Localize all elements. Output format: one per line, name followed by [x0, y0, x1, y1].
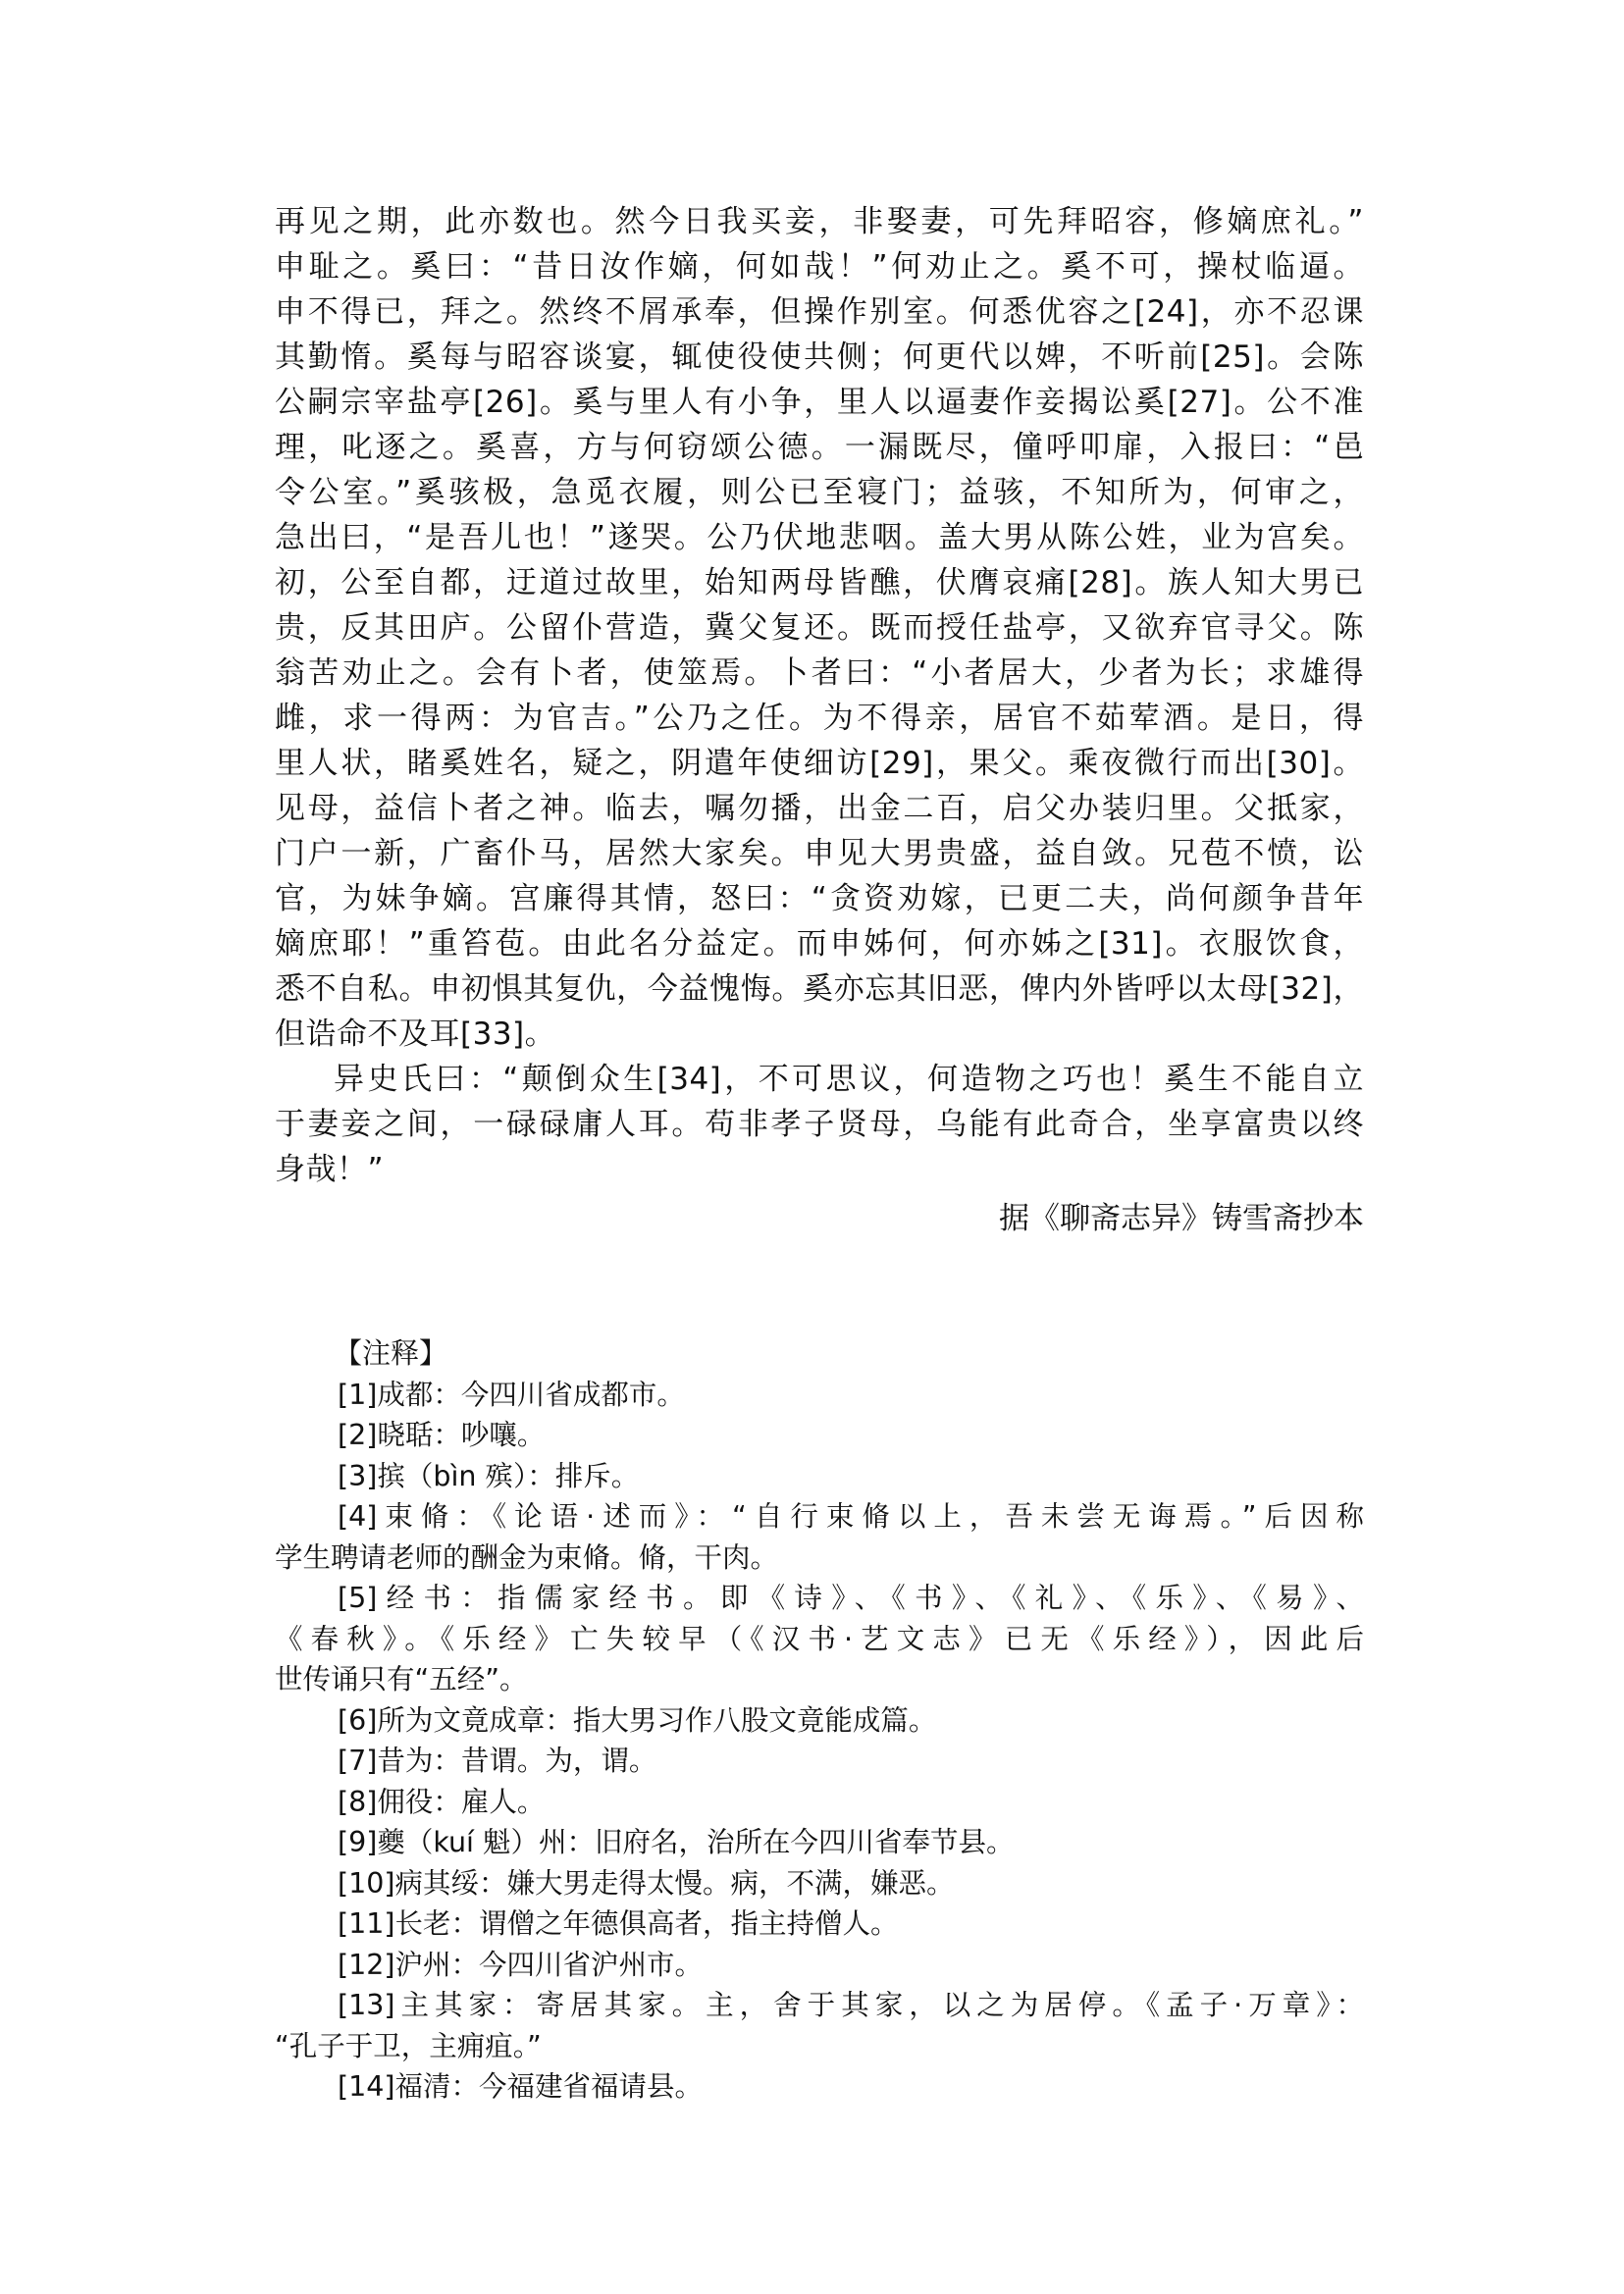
- story-body: 再见之期，此亦数也。然今日我买妾，非娶妻，可先拜昭容，修嫡庶礼。” 申耻之。奚曰…: [275, 199, 1364, 1057]
- note-line: [13]主其家：寄居其家。主，舍于其家，以之为居停。《孟子·万章》：: [275, 1985, 1364, 2026]
- note-line: [9]夔（kuí 魁）州：旧府名，治所在今四川省奉节县。: [275, 1822, 1364, 1863]
- note-line: [12]沪州：今四川省沪州市。: [275, 1945, 1364, 1986]
- note-line: 《春秋》。《乐经》亡失较早（《汉书·艺文志》已无《乐经》），因此后: [275, 1619, 1364, 1660]
- text-line: 见母，益信卜者之神。临去，嘱勿播，出金二百，启父办装归里。父抵家，: [275, 786, 1364, 831]
- text-line: 理，叱逐之。奚喜，方与何窃颂公德。一漏既尽，僮呼叩扉，入报曰：“邑: [275, 425, 1364, 470]
- note-line: 世传诵只有“五经”。: [275, 1659, 1364, 1700]
- note-line: 学生聘请老师的酬金为束脩。脩，干肉。: [275, 1538, 1364, 1579]
- note-line: [5]经书：指儒家经书。即《诗》、《书》、《礼》、《乐》、《易》、: [275, 1578, 1364, 1619]
- commentary-line: 身哉！”: [275, 1147, 1364, 1192]
- notes-list: [1]成都：今四川省成都市。[2]晓聒：吵嚷。[3]摈（bìn 殡）：排斥。[4…: [275, 1375, 1364, 2108]
- note-line: [2]晓聒：吵嚷。: [275, 1415, 1364, 1456]
- text-line: 再见之期，此亦数也。然今日我买妾，非娶妻，可先拜昭容，修嫡庶礼。”: [275, 199, 1364, 244]
- notes-section: 【注释】 [1]成都：今四川省成都市。[2]晓聒：吵嚷。[3]摈（bìn 殡）：…: [275, 1333, 1364, 2108]
- note-line: [1]成都：今四川省成都市。: [275, 1375, 1364, 1416]
- text-line: 其勤惰。奚每与昭容谈宴，辄使役使共侧；何更代以婢，不听前[25]。会陈: [275, 335, 1364, 380]
- text-line: 里人状，睹奚姓名，疑之，阴遣年使细访[29]，果父。乘夜微行而出[30]。: [275, 741, 1364, 786]
- text-line: 雌，求一得两：为官吉。”公乃之任。为不得亲，居官不茹荤酒。是日，得: [275, 696, 1364, 741]
- note-line: [14]福清：今福建省福请县。: [275, 2066, 1364, 2108]
- commentary-line: 异史氏曰：“颠倒众生[34]，不可思议，何造物之巧也！奚生不能自立: [275, 1057, 1364, 1102]
- note-line: “孔子于卫，主痈疽。”: [275, 2026, 1364, 2067]
- text-line: 令公室。”奚骇极，急觅衣履，则公已至寝门；益骇，不知所为，何审之，: [275, 470, 1364, 515]
- text-line: 嫡庶耶！”重笞苞。由此名分益定。而申姊何，何亦姊之[31]。衣服饮食，: [275, 921, 1364, 966]
- document-page: 再见之期，此亦数也。然今日我买妾，非娶妻，可先拜昭容，修嫡庶礼。” 申耻之。奚曰…: [275, 199, 1364, 2108]
- text-line: 贵，反其田庐。公留仆营造，冀父复还。既而授任盐亭，又欲弃官寻父。陈: [275, 605, 1364, 651]
- text-line: 急出曰，“是吾儿也！”遂哭。公乃伏地悲咽。盖大男从陈公姓，业为宫矣。: [275, 515, 1364, 560]
- text-line: 但诰命不及耳[33]。: [275, 1012, 1364, 1057]
- text-line: 申耻之。奚曰：“昔日汝作嫡，何如哉！”何劝止之。奚不可，操杖临逼。: [275, 244, 1364, 289]
- text-line: 门户一新，广畜仆马，居然大家矣。申见大男贵盛，益自敛。兄苞不愤，讼: [275, 831, 1364, 876]
- commentary-line: 于妻妾之间，一碌碌庸人耳。苟非孝子贤母，乌能有此奇合，坐享富贵以终: [275, 1102, 1364, 1147]
- text-line: 初，公至自都，迂道过故里，始知两母皆醮，伏膺哀痛[28]。族人知大男已: [275, 560, 1364, 605]
- text-line: 申不得已，拜之。然终不屑承奉，但操作别室。何悉优容之[24]，亦不忍课: [275, 289, 1364, 335]
- text-line: 官，为妹争嫡。宫廉得其情，怒曰：“贪资劝嫁，已更二夫，尚何颜争昔年: [275, 876, 1364, 921]
- note-line: [4]束脩：《论语·述而》：“自行束脩以上，吾未尝无诲焉。”后因称: [275, 1496, 1364, 1538]
- note-line: [7]昔为：昔谓。为，谓。: [275, 1741, 1364, 1782]
- text-line: 公嗣宗宰盐亭[26]。奚与里人有小争，里人以逼妻作妾揭讼奚[27]。公不准: [275, 380, 1364, 425]
- note-line: [6]所为文竟成章：指大男习作八股文竟能成篇。: [275, 1700, 1364, 1742]
- note-line: [11]长老：谓僧之年德俱高者，指主持僧人。: [275, 1903, 1364, 1945]
- notes-heading: 【注释】: [275, 1333, 1364, 1375]
- text-line: 翁苦劝止之。会有卜者，使筮焉。卜者曰：“小者居大，少者为长；求雄得: [275, 651, 1364, 696]
- text-line: 悉不自私。申初惧其复仇，今益愧悔。奚亦忘其旧恶，俾内外皆呼以太母[32]，: [275, 966, 1364, 1012]
- commentary-paragraph: 异史氏曰：“颠倒众生[34]，不可思议，何造物之巧也！奚生不能自立 于妻妾之间，…: [275, 1057, 1364, 1192]
- note-line: [3]摈（bìn 殡）：排斥。: [275, 1456, 1364, 1497]
- note-line: [10]病其绥：嫌大男走得太慢。病，不满，嫌恶。: [275, 1863, 1364, 1904]
- source-citation: 据《聊斋志异》铸雪斋抄本: [275, 1194, 1364, 1243]
- note-line: [8]佣役：雇人。: [275, 1782, 1364, 1823]
